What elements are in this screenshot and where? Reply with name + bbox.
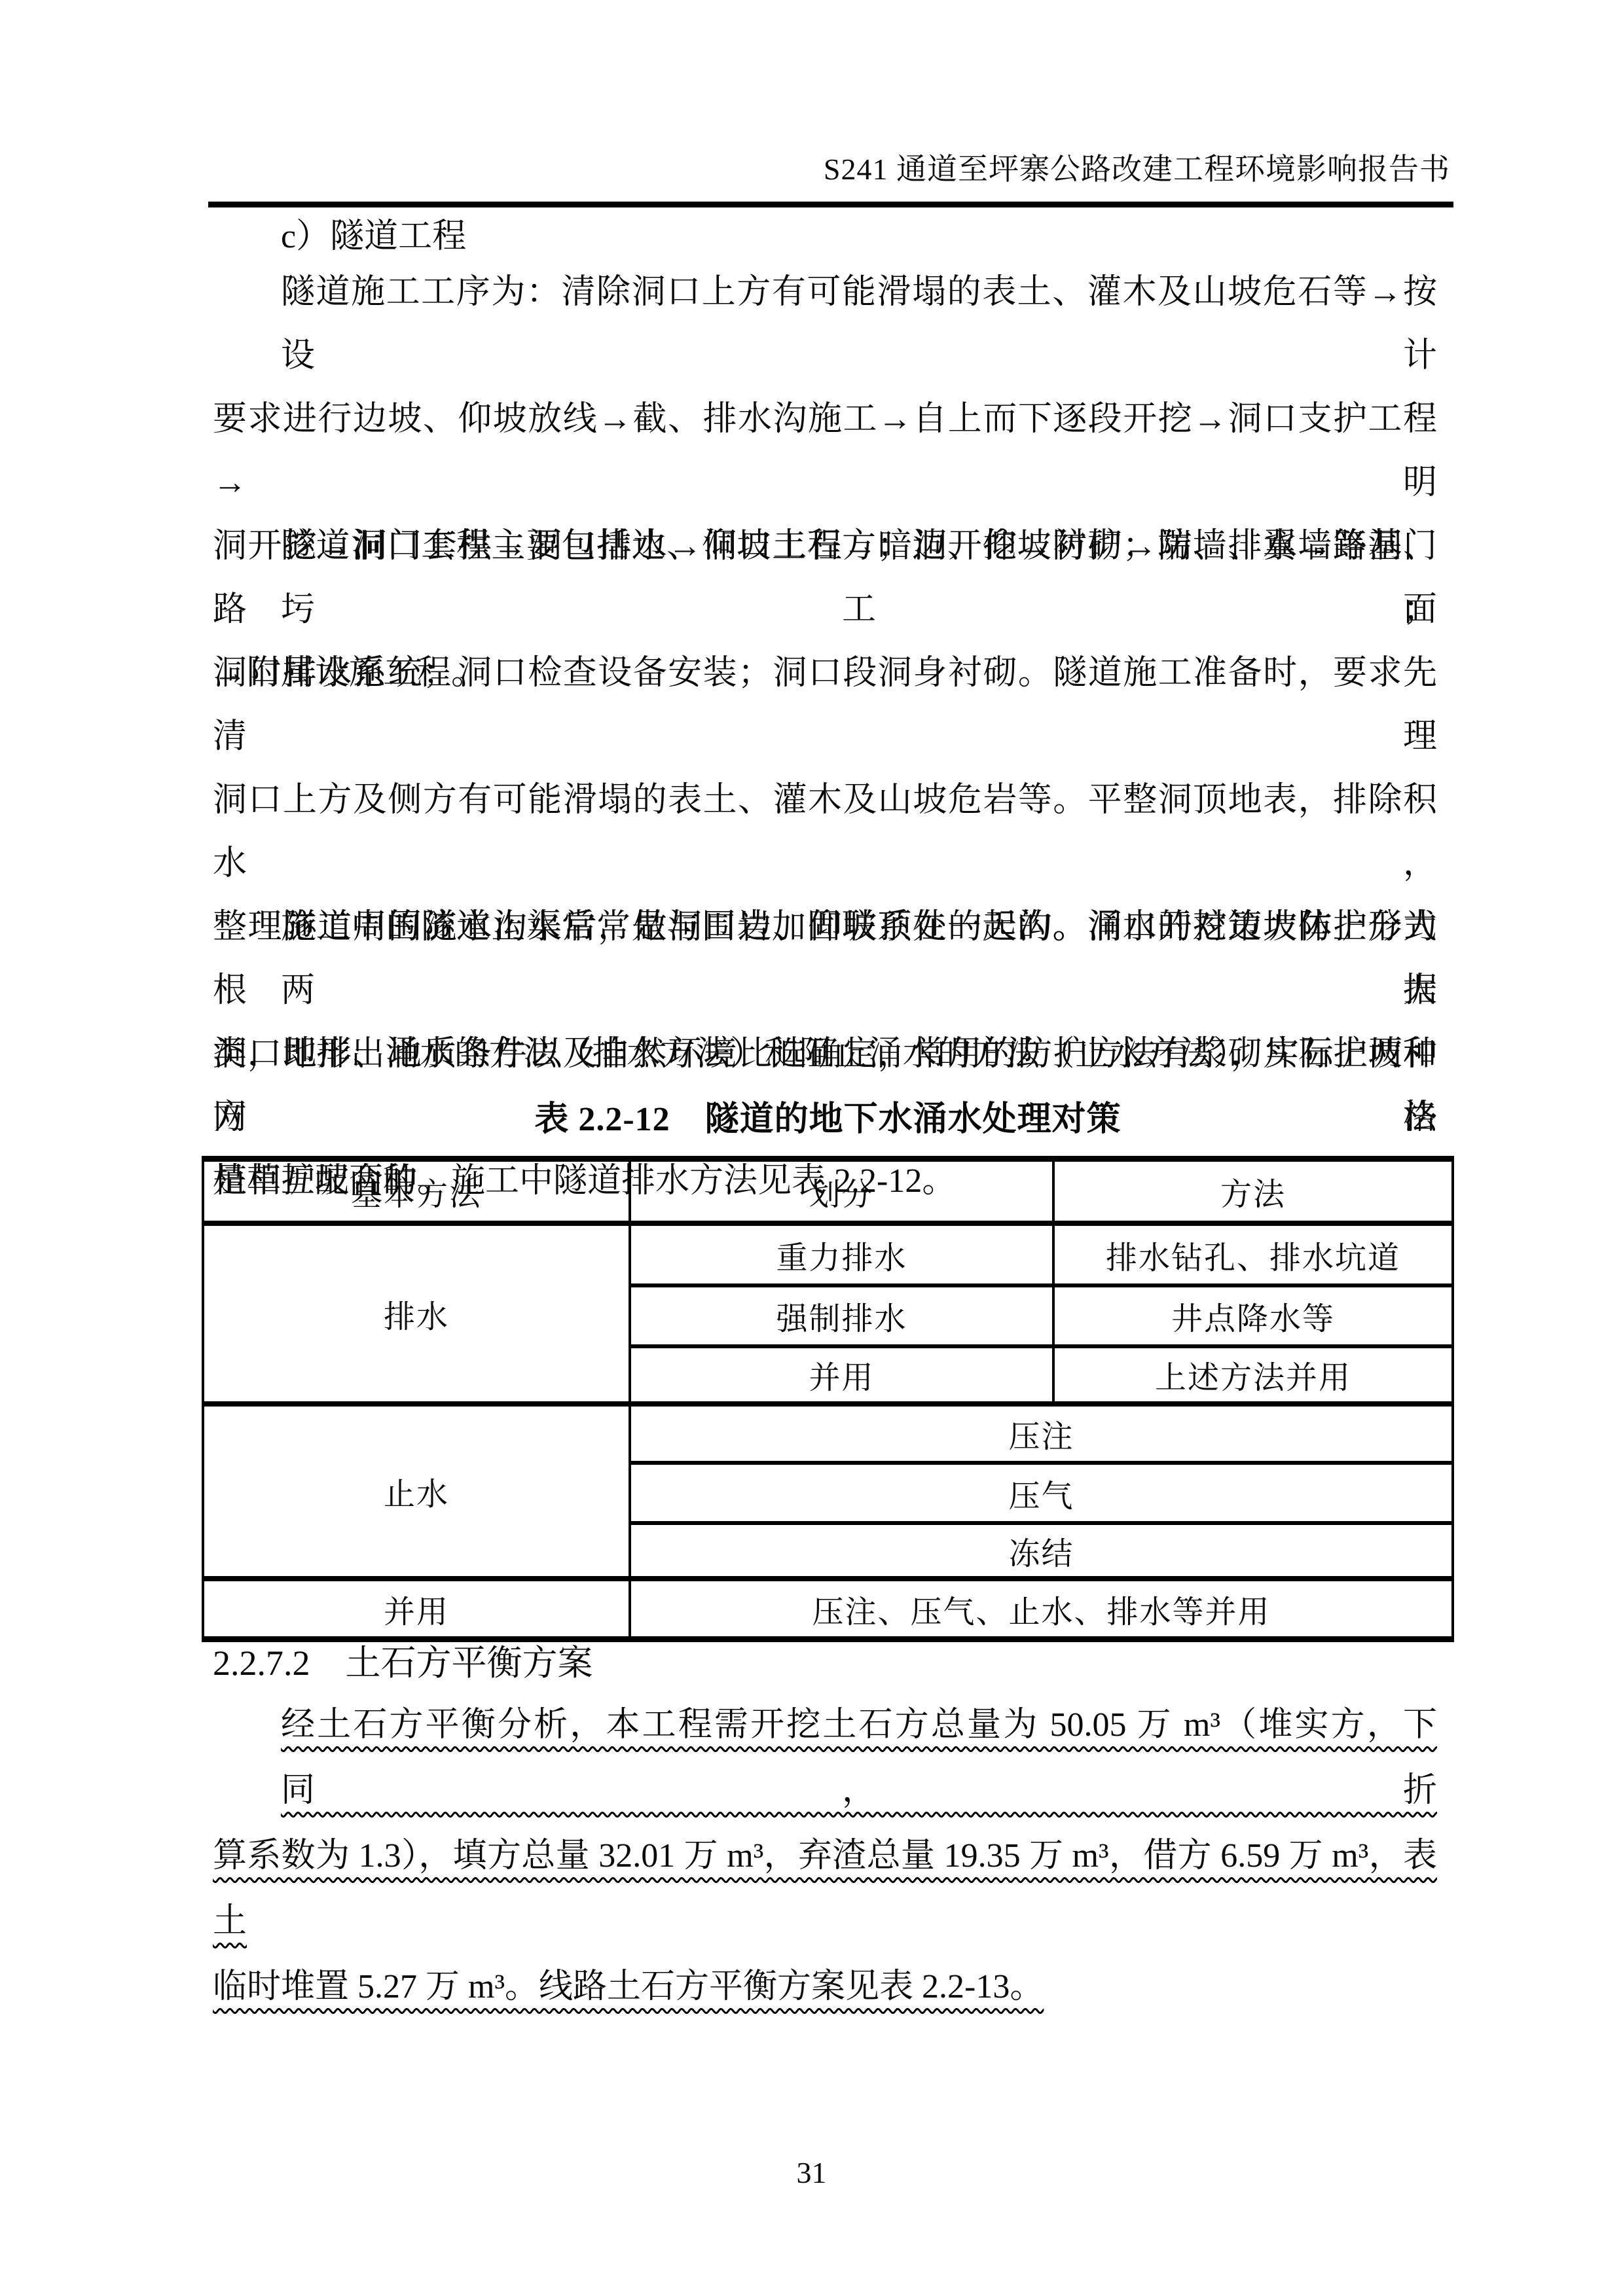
table-row: 排水 重力排水 排水钻孔、排水坑道 [203,1223,1453,1285]
text-line: 经土石方平衡分析，本工程需开挖土石方总量为 50.05 万 m³（堆实方，下同，… [213,1693,1437,1823]
text-line: 临时堆置 5.27 万 m³。线路土石方平衡方案见表 2.2-13。 [213,1954,1437,2020]
section-heading-earthwork-balance: 2.2.7.2 土石方平衡方案 [213,1632,1437,1695]
cell-drain-combined-method: 上述方法并用 [1053,1346,1453,1404]
cell-freezing: 冻结 [630,1523,1453,1579]
cell-forced-drain-method: 井点降水等 [1053,1285,1453,1346]
groundwater-treatment-table: 基本方法 划分 方法 排水 重力排水 排水钻孔、排水坑道 强制排水 井点降水等 … [202,1156,1454,1642]
cell-grouting: 压注 [630,1404,1453,1463]
table-header-row: 基本方法 划分 方法 [203,1159,1453,1224]
cell-drain-combined: 并用 [630,1346,1053,1404]
table-row: 止水 压注 [203,1404,1453,1463]
cell-forced-drain: 强制排水 [630,1285,1053,1346]
text-line: 隧道洞口工程主要包括边、仰坡土石方；边、仰坡防护；端墙、翼墙等洞门圬工； [213,514,1437,641]
text-line: 洞口排水系统；洞口检查设备安装；洞口段洞身衬砌。隧道施工准备时，要求先清理 [213,641,1437,768]
text-line: 要求进行边坡、仰坡放线→截、排水沟施工→自上而下逐段开挖→洞口支护工程→明 [213,387,1437,514]
header-cell-division: 划分 [630,1159,1053,1224]
cell-compressed-air: 压气 [630,1463,1453,1523]
cell-combined-method: 压注、压气、止水、排水等并用 [630,1579,1453,1640]
text-line: 施工中的隧道止水常常是与围岩加固联系在一起的。涌水的对策大体上分为两大 [213,895,1437,1022]
document-header-title: S241 通道至坪寨公路改建工程环境影响报告书 [824,149,1450,190]
text-line: 洞口上方及侧方有可能滑塌的表土、灌木及山坡危岩等。平整洞顶地表，排除积水， [213,768,1437,895]
paragraph-earthwork-balance: 经土石方平衡分析，本工程需开挖土石方总量为 50.05 万 m³（堆实方，下同，… [213,1693,1437,2020]
text-line: 隧道施工工序为：清除洞口上方有可能滑塌的表土、灌木及山坡危石等→按设计 [213,260,1437,387]
subsection-heading-tunnel-works: c）隧道工程 [213,205,1437,268]
table-caption: 表 2.2-12 隧道的地下水涌水处理对策 [204,1100,1451,1140]
cell-gravity-drain-method: 排水钻孔、排水坑道 [1053,1223,1453,1285]
page-number: 31 [0,2155,1623,2191]
cell-drain-group-label: 排水 [203,1223,630,1404]
header-cell-basic-method: 基本方法 [203,1159,630,1224]
document-page: S241 通道至坪寨公路改建工程环境影响报告书 c）隧道工程 隧道施工工序为：清… [0,0,1623,2296]
header-cell-method: 方法 [1053,1159,1453,1224]
cell-combined-group-label: 并用 [203,1579,630,1640]
cell-gravity-drain: 重力排水 [630,1223,1053,1285]
text-line: 算系数为 1.3），填方总量 32.01 万 m³，弃渣总量 19.35 万 m… [213,1823,1437,1954]
cell-stop-group-label: 止水 [203,1404,630,1579]
table-row: 并用 压注、压气、止水、排水等并用 [203,1579,1453,1640]
